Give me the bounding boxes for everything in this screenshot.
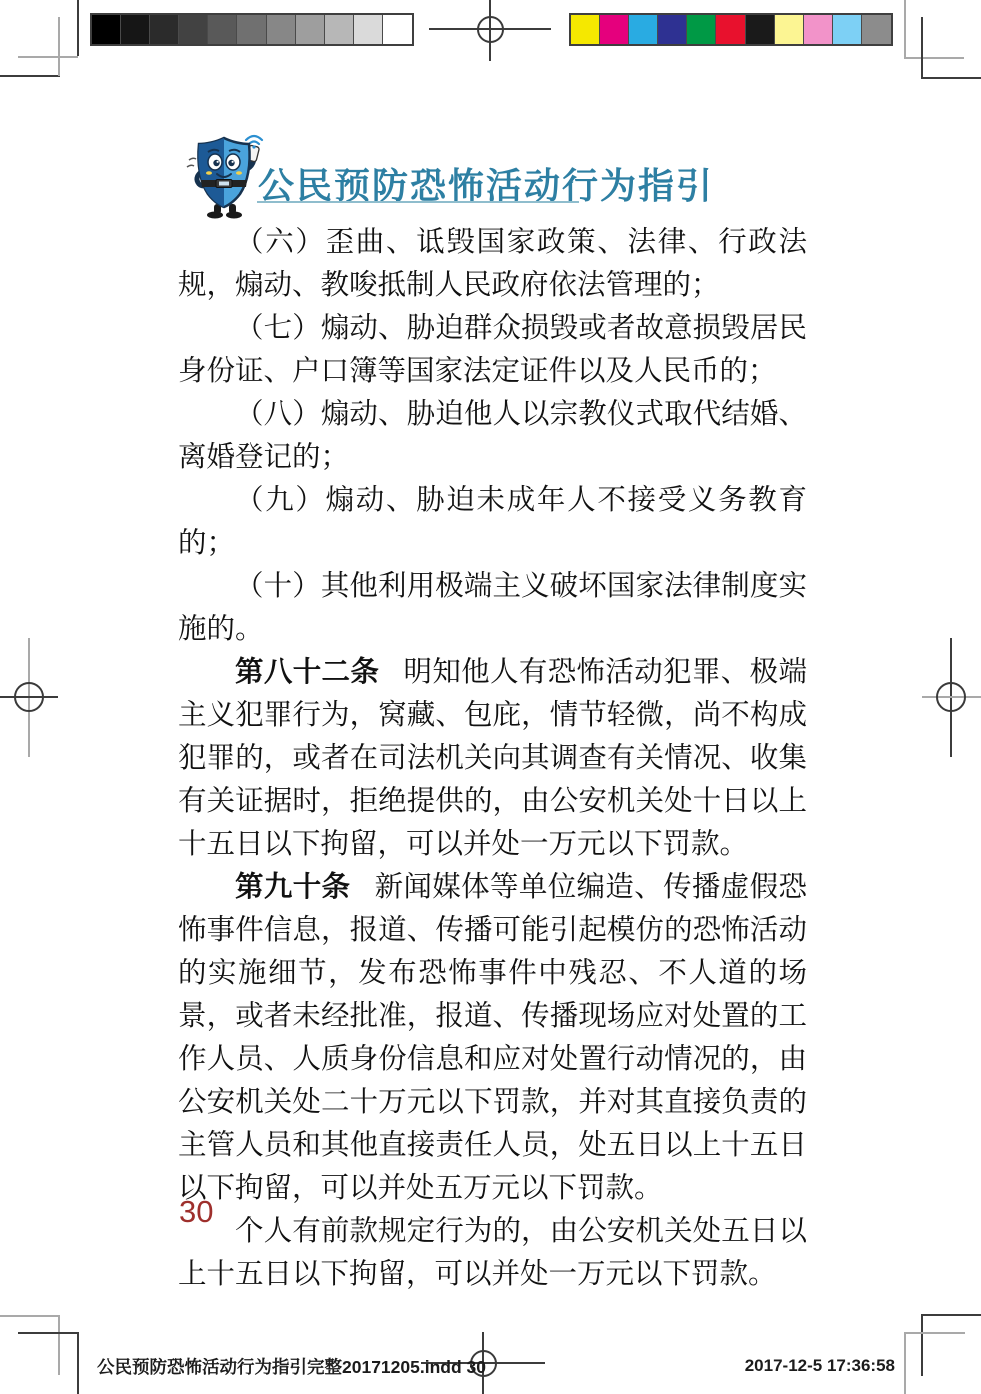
clause-text: （九）煽动、胁迫未成年人不接受义务教育的； <box>178 485 807 559</box>
grayscale-swatch <box>92 15 121 44</box>
article-number: 第九十条 <box>235 872 350 903</box>
clause-paragraph: （九）煽动、胁迫未成年人不接受义务教育的； <box>178 479 807 565</box>
color-swatch <box>833 15 862 44</box>
color-calibration-bar <box>569 13 893 46</box>
article-paragraph: 第八十二条明知他人有恐怖活动犯罪、极端主义犯罪行为，窝藏、包庇，情节轻微，尚不构… <box>178 651 807 866</box>
clause-paragraph: （八）煽动、胁迫他人以宗教仪式取代结婚、离婚登记的； <box>178 393 807 479</box>
page-number: 30 <box>179 1194 213 1230</box>
color-swatch <box>804 15 833 44</box>
grayscale-swatch <box>296 15 325 44</box>
grayscale-swatch <box>179 15 208 44</box>
clause-text: 个人有前款规定行为的，由公安机关处五日以上十五日以下拘留，可以并处一万元以下罚款… <box>178 1216 807 1290</box>
article-text: 新闻媒体等单位编造、传播虚假恐怖事件信息，报道、传播可能引起模仿的恐怖活动的实施… <box>178 872 807 1204</box>
color-swatch <box>775 15 804 44</box>
legal-text-body: （六）歪曲、诋毁国家政策、法律、行政法规，煽动、教唆抵制人民政府依法管理的； （… <box>178 221 807 1296</box>
color-swatch <box>629 15 658 44</box>
clause-paragraph: 个人有前款规定行为的，由公安机关处五日以上十五日以下拘留，可以并处一万元以下罚款… <box>178 1210 807 1296</box>
color-swatch <box>571 15 600 44</box>
grayscale-calibration-bar <box>90 13 414 46</box>
clause-paragraph: （十）其他利用极端主义破坏国家法律制度实施的。 <box>178 565 807 651</box>
clause-text: （八）煽动、胁迫他人以宗教仪式取代结婚、离婚登记的； <box>178 399 807 473</box>
color-swatch <box>658 15 687 44</box>
clause-text: （六）歪曲、诋毁国家政策、法律、行政法规，煽动、教唆抵制人民政府依法管理的； <box>178 227 807 301</box>
shield-mascot-logo <box>185 134 265 220</box>
grayscale-swatch <box>237 15 266 44</box>
grayscale-swatch <box>208 15 237 44</box>
clause-paragraph: （六）歪曲、诋毁国家政策、法律、行政法规，煽动、教唆抵制人民政府依法管理的； <box>178 221 807 307</box>
grayscale-swatch <box>354 15 383 44</box>
grayscale-swatch <box>325 15 354 44</box>
clause-paragraph: （七）煽动、胁迫群众损毁或者故意损毁居民身份证、户口簿等国家法定证件以及人民币的… <box>178 307 807 393</box>
color-swatch <box>862 15 891 44</box>
footer-timestamp: 2017-12-5 17:36:58 <box>745 1356 895 1376</box>
shield-mascot-icon <box>185 134 265 220</box>
color-swatch <box>687 15 716 44</box>
article-number: 第八十二条 <box>235 657 379 688</box>
grayscale-swatch <box>150 15 179 44</box>
clause-text: （十）其他利用极端主义破坏国家法律制度实施的。 <box>178 571 807 645</box>
grayscale-swatch <box>267 15 296 44</box>
article-paragraph: 第九十条新闻媒体等单位编造、传播虚假恐怖事件信息，报道、传播可能引起模仿的恐怖活… <box>178 866 807 1210</box>
color-swatch <box>600 15 629 44</box>
color-swatch <box>716 15 745 44</box>
grayscale-swatch <box>383 15 412 44</box>
footer-file-info: 公民预防恐怖活动行为指引完整20171205.indd 30 <box>97 1354 486 1379</box>
grayscale-swatch <box>121 15 150 44</box>
color-swatch <box>746 15 775 44</box>
printed-document-page: 公民预防恐怖活动行为指引 （六）歪曲、诋毁国家政策、法律、行政法规，煽动、教唆抵… <box>0 0 981 1394</box>
clause-text: （七）煽动、胁迫群众损毁或者故意损毁居民身份证、户口簿等国家法定证件以及人民币的… <box>178 313 807 387</box>
title-underline <box>257 201 579 203</box>
